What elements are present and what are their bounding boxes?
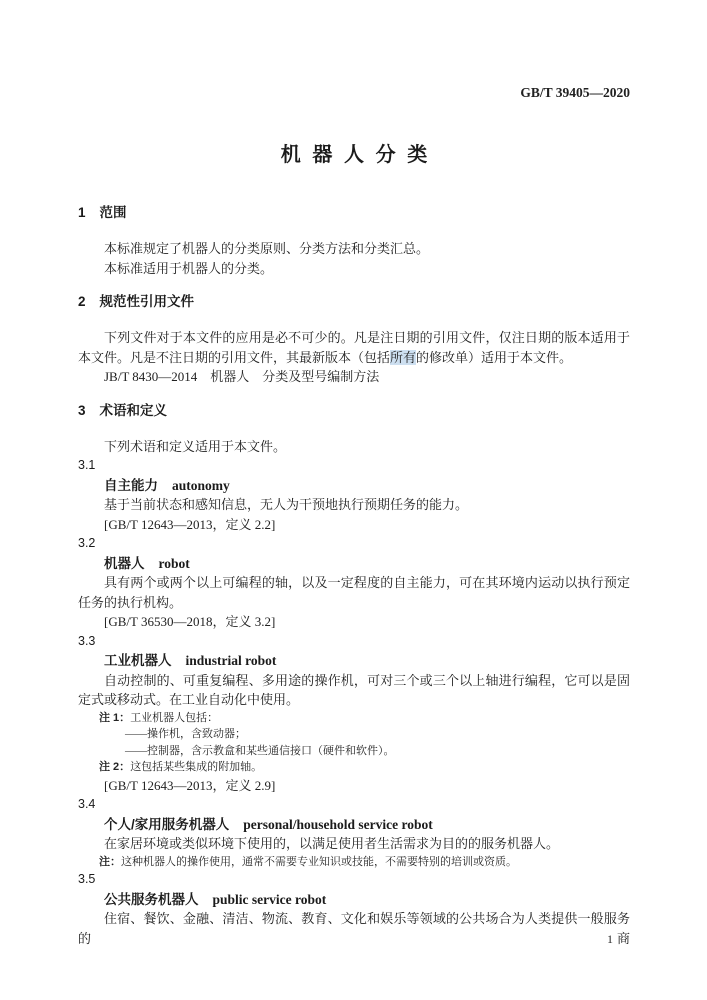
term-title: 个人/家用服务机器人personal/household service rob… [78, 815, 630, 835]
term-number: 3.2 [78, 534, 630, 554]
document-title: 机器人分类 [78, 142, 630, 168]
note-label: 注： [99, 856, 121, 868]
term-title: 公共服务机器人public service robot [78, 890, 630, 910]
reference-entry: JB/T 8430—2014 机器人 分类及型号编制方法 [78, 367, 630, 387]
section-refs-heading: 2规范性引用文件 [78, 293, 630, 311]
term-zh: 个人/家用服务机器人 [104, 817, 229, 832]
term-entry-3-1: 3.1 自主能力autonomy 基于当前状态和感知信息，无人为干预地执行预期任… [78, 456, 630, 534]
section-terms-definitions: 3术语和定义 下列术语和定义适用于本文件。 3.1 自主能力autonomy 基… [78, 402, 630, 949]
term-source: [GB/T 12643—2013，定义 2.2] [78, 515, 630, 535]
section-terms-heading: 3术语和定义 [78, 402, 630, 420]
section-normative-references: 2规范性引用文件 下列文件对于本文件的应用是必不可少的。凡是注日期的引用文件，仅… [78, 293, 630, 387]
note-label: 注 1： [99, 712, 130, 724]
term-source: [GB/T 36530—2018，定义 3.2] [78, 612, 630, 632]
term-en: robot [159, 556, 190, 571]
term-title: 机器人robot [78, 554, 630, 574]
term-title: 工业机器人industrial robot [78, 651, 630, 671]
term-source: [GB/T 12643—2013，定义 2.9] [78, 776, 630, 796]
dash-list-item-1: ——操作机，含致动器； [78, 726, 630, 743]
document-title-text: 机器人分类 [281, 144, 439, 166]
term-entry-3-5: 3.5 公共服务机器人public service robot 住宿、餐饮、金融… [78, 870, 630, 948]
section-heading-text: 术语和定义 [100, 403, 168, 418]
terms-intro: 下列术语和定义适用于本文件。 [78, 437, 630, 457]
term-definition: 基于当前状态和感知信息，无人为干预地执行预期任务的能力。 [78, 495, 630, 515]
term-number: 3.5 [78, 870, 630, 890]
page-number: 1 [607, 932, 613, 946]
note-text: 工业机器人包括： [130, 712, 218, 724]
standard-code: GB/T 39405—2020 [520, 85, 630, 100]
refs-intro-after: 的修改单）适用于本文件。 [416, 350, 572, 365]
note-text: 这包括某些集成的附加轴。 [130, 761, 262, 773]
section-number: 1 [78, 204, 86, 222]
scope-paragraph-1: 本标准规定了机器人的分类原则、分类方法和分类汇总。 [78, 239, 630, 259]
highlighted-text: 所有 [390, 350, 416, 365]
term-entry-3-4: 3.4 个人/家用服务机器人personal/household service… [78, 795, 630, 870]
term-number: 3.4 [78, 795, 630, 815]
term-entry-3-3: 3.3 工业机器人industrial robot 自动控制的、可重复编程、多用… [78, 632, 630, 796]
document-header: GB/T 39405—2020 [78, 86, 630, 100]
term-zh: 公共服务机器人 [104, 892, 199, 907]
term-title: 自主能力autonomy [78, 476, 630, 496]
section-scope: 1范围 本标准规定了机器人的分类原则、分类方法和分类汇总。 本标准适用于机器人的… [78, 204, 630, 278]
term-definition: 具有两个或两个以上可编程的轴，以及一定程度的自主能力，可在其环境内运动以执行预定… [78, 573, 630, 612]
term-en: industrial robot [186, 653, 277, 668]
section-number: 2 [78, 293, 86, 311]
section-scope-heading: 1范围 [78, 204, 630, 222]
note-text: 这种机器人的操作使用，通常不需要专业知识或技能，不需要特别的培训或资质。 [121, 856, 517, 868]
document-page: GB/T 39405—2020 机器人分类 1范围 本标准规定了机器人的分类原则… [0, 0, 707, 1000]
term-note-2: 注 2：这包括某些集成的附加轴。 [78, 759, 630, 776]
term-zh: 自主能力 [104, 478, 158, 493]
term-definition: 在家居环境或类似环境下使用的，以满足使用者生活需求为目的的服务机器人。 [78, 834, 630, 854]
note-label: 注 2： [99, 761, 130, 773]
dash-list-item-2: ——控制器，含示教盒和某些通信接口（硬件和软件）。 [78, 743, 630, 760]
term-definition: 住宿、餐饮、金融、清洁、物流、教育、文化和娱乐等领域的公共场合为人类提供一般服务… [78, 909, 630, 948]
term-zh: 工业机器人 [104, 653, 172, 668]
term-en: personal/household service robot [243, 817, 433, 832]
term-entry-3-2: 3.2 机器人robot 具有两个或两个以上可编程的轴，以及一定程度的自主能力，… [78, 534, 630, 632]
refs-intro-paragraph: 下列文件对于本文件的应用是必不可少的。凡是注日期的引用文件，仅注日期的版本适用于… [78, 328, 630, 367]
term-number: 3.1 [78, 456, 630, 476]
section-number: 3 [78, 402, 86, 420]
term-note: 注：这种机器人的操作使用，通常不需要专业知识或技能，不需要特别的培训或资质。 [78, 854, 630, 871]
term-note-1: 注 1：工业机器人包括： [78, 710, 630, 727]
scope-paragraph-2: 本标准适用于机器人的分类。 [78, 259, 630, 279]
section-heading-text: 范围 [100, 205, 127, 220]
term-number: 3.3 [78, 632, 630, 652]
term-en: public service robot [213, 892, 327, 907]
term-zh: 机器人 [104, 556, 145, 571]
term-definition: 自动控制的、可重复编程、多用途的操作机，可对三个或三个以上轴进行编程，它可以是固… [78, 671, 630, 710]
section-heading-text: 规范性引用文件 [100, 294, 195, 309]
term-en: autonomy [172, 478, 230, 493]
